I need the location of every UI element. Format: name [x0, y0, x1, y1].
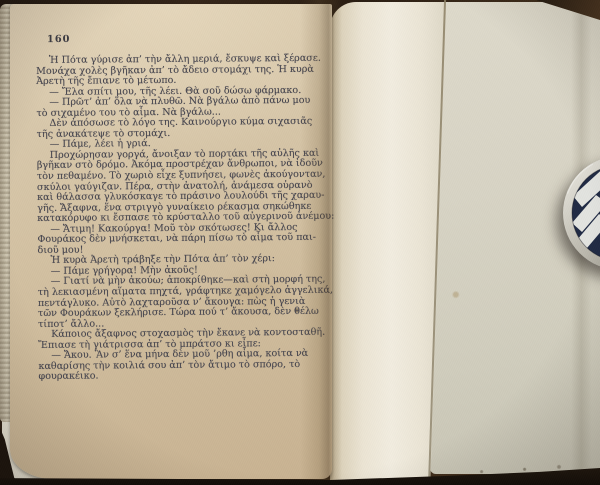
left-book-page: 160 Ἡ Πότα γύρισε ἀπ’ τὴν ἄλλη μεριά, ἔσ… [10, 4, 332, 479]
metal-badge-icon [562, 155, 600, 271]
book-photo: 160 Ἡ Πότα γύρισε ἀπ’ τὴν ἄλλη μεριά, ἔσ… [0, 0, 600, 485]
page-text-block: Ἡ Πότα γύρισε ἀπ’ τὴν ἄλλη μεριά, ἔσκυψε… [36, 54, 325, 383]
page-number: 160 [47, 34, 71, 45]
text-line: φουρακέικο. [38, 370, 324, 383]
